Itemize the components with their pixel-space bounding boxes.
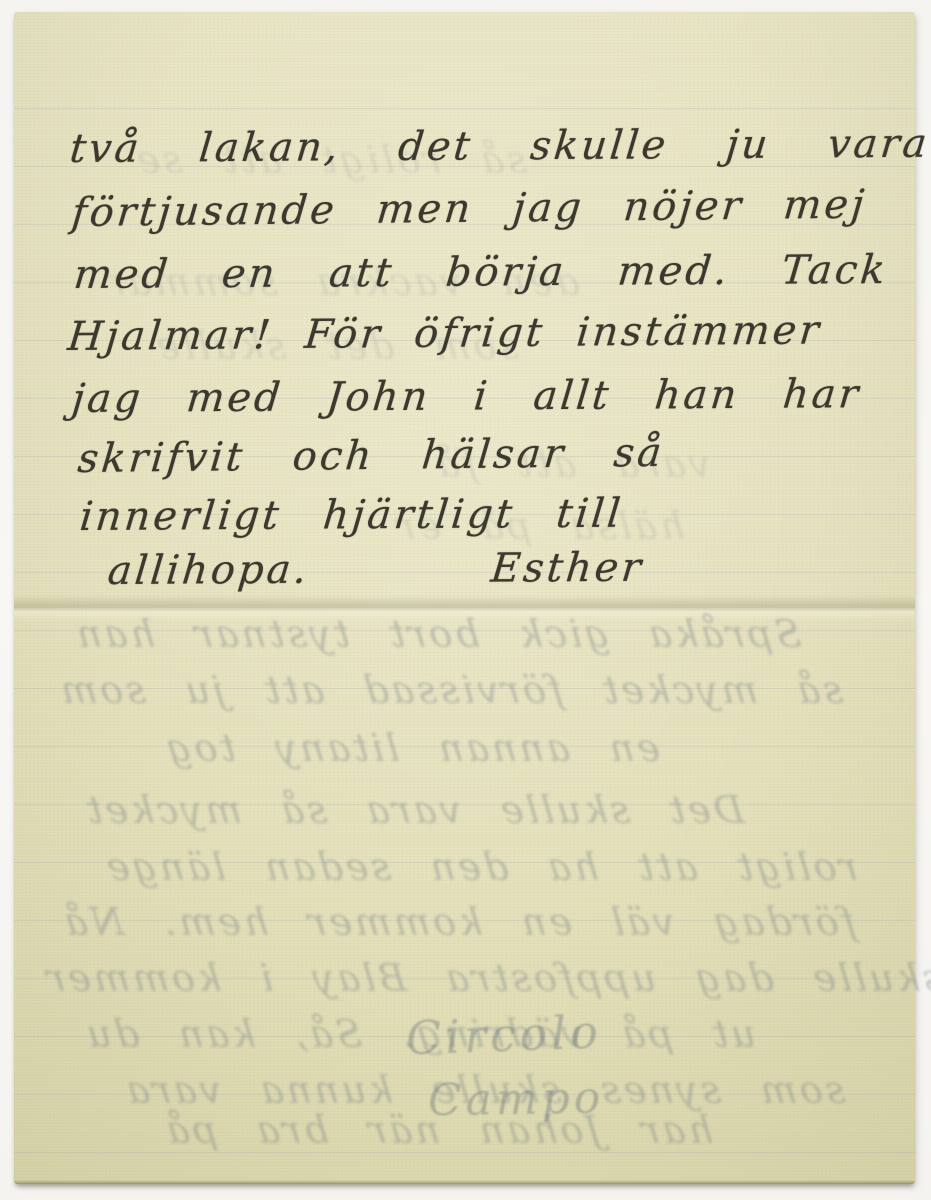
handwriting-line-6: skrifvit och hälsar så xyxy=(76,430,667,482)
bleedthrough-line: fördag väl en kommer hem. Nå xyxy=(60,900,858,944)
photograph-background: så roligt att se den vackra sommar som d… xyxy=(0,0,931,1200)
handwriting-line-3: med en att börja med. Tack xyxy=(72,247,890,298)
bleedthrough-line: ut på vädring. Så, kan du xyxy=(82,1012,758,1056)
bleedthrough-line: roligt att ha den sedan länge xyxy=(102,845,860,889)
paper-bottom-edge-shadow xyxy=(14,1180,915,1184)
showthrough-word-campo: Campo xyxy=(428,1072,605,1126)
bleedthrough-line: Det skulle vara så mycket xyxy=(82,788,747,832)
bleedthrough-line: en annan litany tog xyxy=(162,726,662,770)
handwriting-line-7: innerligt hjärtligt till xyxy=(78,491,626,540)
showthrough-word-circolo: Circolo xyxy=(405,1005,603,1066)
bleedthrough-line: skulle dag uppfostra Blay i kommer xyxy=(42,956,931,1000)
fold-crease xyxy=(14,595,915,621)
handwriting-line-2: förtjusande men jag nöjer mej xyxy=(70,182,869,236)
handwriting-line-8: allihopa. Esther xyxy=(106,545,646,594)
letter-paper: så roligt att se den vackra sommar som d… xyxy=(14,12,915,1184)
bleedthrough-line: som synes skulle kunna vara xyxy=(122,1068,848,1112)
handwriting-line-1: två lakan, det skulle ju vara xyxy=(68,121,931,172)
handwriting-line-5: jag med John i allt han har xyxy=(70,371,863,422)
handwriting-closing-word: allihopa. xyxy=(106,547,312,594)
signature: Esther xyxy=(489,545,646,592)
handwriting-line-4: Hjalmar! För öfrigt instämmer xyxy=(66,307,824,360)
bleedthrough-line: Språka gick bort tystnar han xyxy=(72,612,804,656)
bleedthrough-line: så mycket förvissad att ju som xyxy=(56,668,845,712)
bleedthrough-line: har Johan när bra på xyxy=(162,1108,715,1152)
